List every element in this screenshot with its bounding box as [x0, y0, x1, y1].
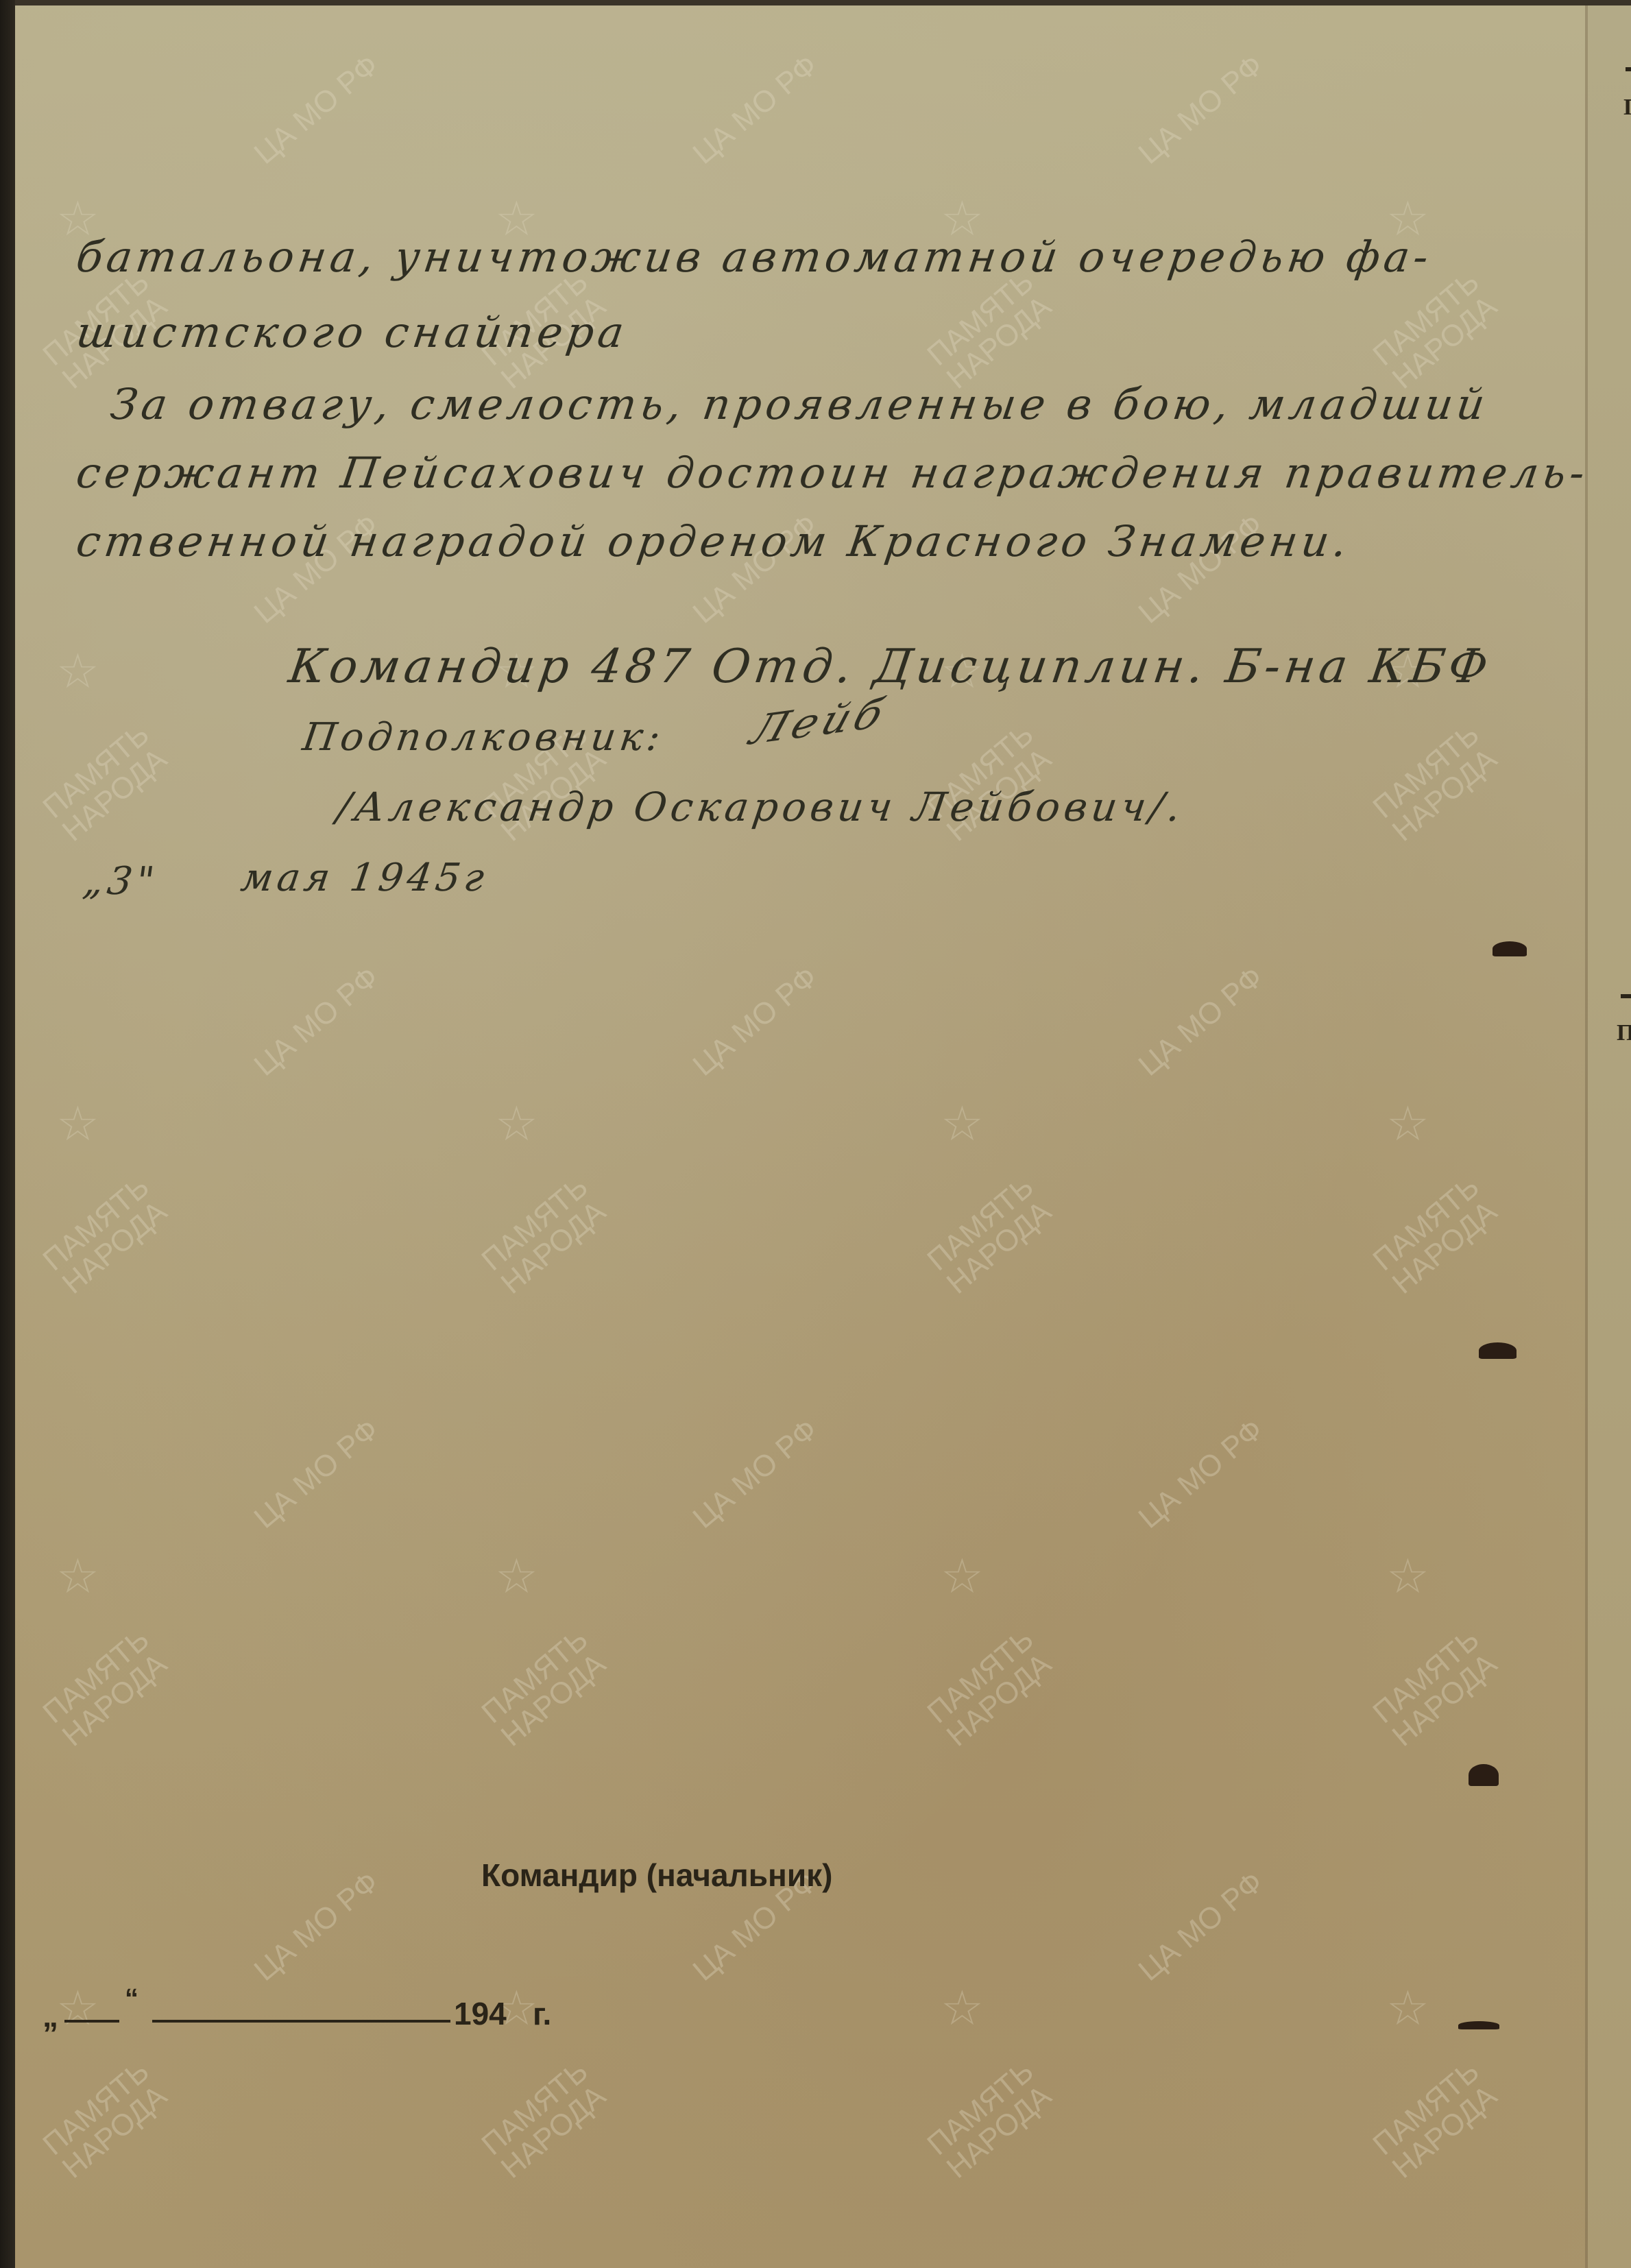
- date-day-blank: [64, 2020, 119, 2023]
- signature-rank: Подполковник:: [300, 715, 667, 760]
- filing-hole: [1458, 2021, 1499, 2029]
- star-icon: ☆: [1386, 1980, 1429, 2036]
- watermark-archive: ЦА МО РФ: [688, 50, 823, 170]
- watermark-project: ПАМЯТЬНАРОДА: [1368, 2056, 1503, 2184]
- watermark-archive: ЦА МО РФ: [250, 1414, 384, 1534]
- handwritten-line-4: сержант Пейсахович достоин награждения п…: [73, 448, 1592, 498]
- date-month-blank: [152, 2020, 450, 2023]
- star-icon: ☆: [56, 643, 99, 699]
- watermark-archive: ЦА МО РФ: [1134, 50, 1268, 170]
- watermark-project: ПАМЯТЬНАРОДА: [922, 2056, 1058, 2184]
- watermark-archive: ЦА МО РФ: [1134, 962, 1268, 1082]
- star-icon: ☆: [495, 1548, 538, 1604]
- watermark-project: ПАМЯТЬНАРОДА: [1368, 267, 1503, 394]
- handwritten-line-2: шистского снайпера: [73, 307, 631, 357]
- watermark-project: ПАМЯТЬНАРОДА: [922, 1172, 1058, 1299]
- date-close-quote: “: [125, 1983, 138, 2014]
- watermark-project: ПАМЯТЬНАРОДА: [476, 2056, 612, 2184]
- adjacent-page-fragment: П: [1623, 95, 1631, 121]
- star-icon: ☆: [56, 1980, 99, 2036]
- watermark-project: ПАМЯТЬНАРОДА: [476, 1624, 612, 1752]
- watermark-project: ПАМЯТЬНАРОДА: [38, 1172, 173, 1299]
- signature: Лейб: [745, 689, 894, 754]
- handwritten-line-5: ственной наградой орденом Красного Знаме…: [73, 516, 1354, 566]
- adjacent-page-fragment: П: [1617, 1020, 1631, 1046]
- handwritten-line-3: За отвагу, смелость, проявленные в бою, …: [108, 379, 1492, 429]
- adjacent-page-rule: [1621, 994, 1631, 998]
- filing-hole: [1479, 1342, 1517, 1359]
- watermark-project: ПАМЯТЬНАРОДА: [38, 1624, 173, 1752]
- watermark-project: ПАМЯТЬНАРОДА: [1368, 1624, 1503, 1752]
- watermark-archive: ЦА МО РФ: [1134, 1867, 1268, 1987]
- watermark-project: ПАМЯТЬНАРОДА: [922, 267, 1058, 394]
- watermark-project: ПАМЯТЬНАРОДА: [38, 719, 173, 847]
- adjacent-page-edge: П П: [1588, 5, 1631, 2268]
- filing-hole: [1493, 941, 1527, 956]
- adjacent-page-rule: [1626, 67, 1631, 71]
- watermark-project: ПАМЯТЬНАРОДА: [922, 1624, 1058, 1752]
- star-icon: ☆: [495, 1096, 538, 1152]
- date-year-prefix: 194: [454, 1995, 507, 2032]
- watermark-project: ПАМЯТЬНАРОДА: [1368, 1172, 1503, 1299]
- star-icon: ☆: [1386, 1548, 1429, 1604]
- watermark-project: ПАМЯТЬНАРОДА: [38, 2056, 173, 2184]
- watermark-archive: ЦА МО РФ: [1134, 1414, 1268, 1534]
- handwritten-line-1: батальона, уничтожив автоматной очередью…: [73, 232, 1436, 282]
- watermark-archive: ЦА МО РФ: [250, 1867, 384, 1987]
- watermark-archive: ЦА МО РФ: [250, 50, 384, 170]
- watermark-archive: ЦА МО РФ: [688, 962, 823, 1082]
- star-icon: ☆: [56, 1096, 99, 1152]
- date-year-suffix: г.: [533, 1995, 551, 2032]
- watermark-project: ПАМЯТЬНАРОДА: [476, 1172, 612, 1299]
- star-icon: ☆: [56, 1548, 99, 1604]
- handwritten-date-day: „3": [80, 859, 161, 904]
- signature-title: Командир 487 Отд. Дисциплин. Б-на КБФ: [285, 640, 1495, 694]
- star-icon: ☆: [941, 1548, 984, 1604]
- star-icon: ☆: [941, 1096, 984, 1152]
- document-page: ЦА МО РФ ЦА МО РФ ЦА МО РФ ЦА МО РФ ЦА М…: [15, 5, 1631, 2268]
- scan-dark-border: [0, 0, 15, 2268]
- filing-hole: [1469, 1764, 1499, 1786]
- watermark-archive: ЦА МО РФ: [250, 962, 384, 1082]
- star-icon: ☆: [941, 1980, 984, 2036]
- commander-label: Командир (начальник): [481, 1857, 832, 1894]
- handwritten-date-month-year: мая 1945г: [238, 856, 491, 900]
- watermark-project: ПАМЯТЬНАРОДА: [1368, 719, 1503, 847]
- watermark-archive: ЦА МО РФ: [688, 1414, 823, 1534]
- signature-full-name: /Александр Оскарович Лейбович/.: [334, 784, 1187, 830]
- date-open-quote: „: [43, 1997, 58, 2034]
- star-icon: ☆: [1386, 1096, 1429, 1152]
